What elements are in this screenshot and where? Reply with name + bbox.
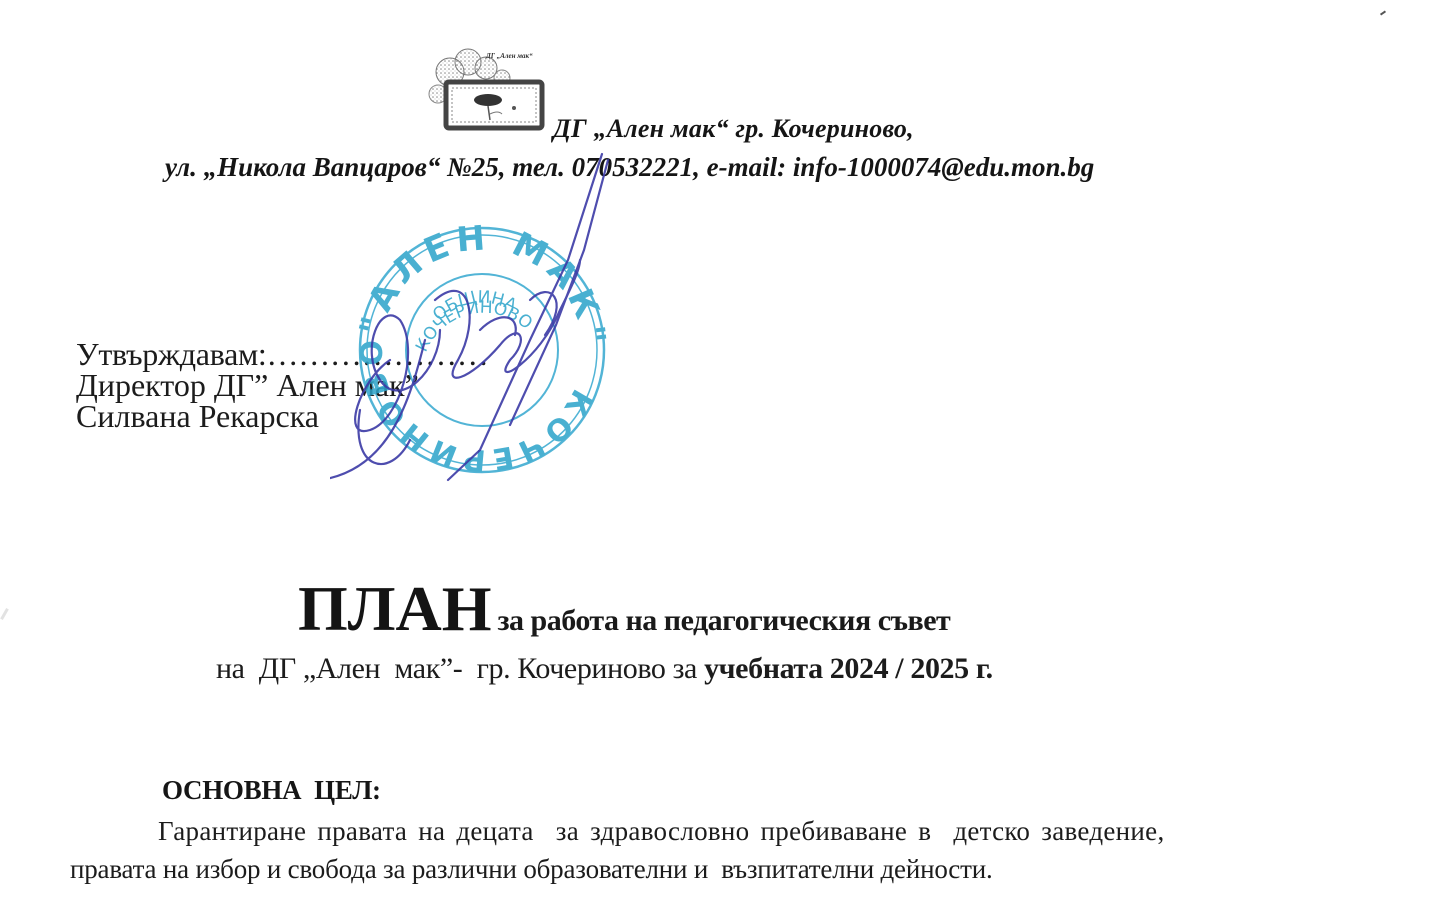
svg-text:ОБЩИНА: ОБЩИНА [429,288,520,326]
svg-text:"АЛЕН МАК": "АЛЕН МАК" [352,218,613,351]
document-subtitle: на ДГ „Ален мак”- гр. Кочериново за учеб… [216,652,993,686]
goal-text: Гарантиране правата на децата за здравос… [70,812,1330,888]
title-rest: за работа на педагогическия съвет [497,604,950,637]
director-name: Силвана Рекарска [76,401,488,432]
subtitle-regular: на ДГ „Ален мак”- гр. Кочериново за [216,652,704,685]
scan-edge-mark [0,608,9,620]
document-title: ПЛАНза работа на педагогическия съвет [298,572,950,646]
institution-name: ДГ „Ален мак“ гр. Кочериново, [553,114,914,144]
title-main: ПЛАН [298,573,491,644]
logo-caption: ДГ „Ален мак“ [486,52,533,60]
approval-label: Утвърждавам:………………… [76,339,488,370]
goal-line-1: Гарантиране правата на децата за здравос… [70,812,1330,850]
stamp-and-signature: "АЛЕН МАК" КОЧЕРИНОВО ОБЩИНА КОЧЕРИНОВО [330,150,650,490]
scan-speck [1380,10,1386,15]
goal-line-2: правата на избор и свобода за различни о… [70,850,1330,888]
subtitle-bold: учебната 2024 / 2025 г. [704,652,993,685]
goal-heading: ОСНОВНА ЦЕЛ: [162,775,381,806]
director-title: Директор ДГ” Ален мак” [76,370,488,401]
institution-contact: ул. „Никола Вапцаров“ №25, тел. 07053222… [165,152,1094,183]
approval-block: Утвърждавам:………………… Директор ДГ” Ален ма… [76,339,488,432]
